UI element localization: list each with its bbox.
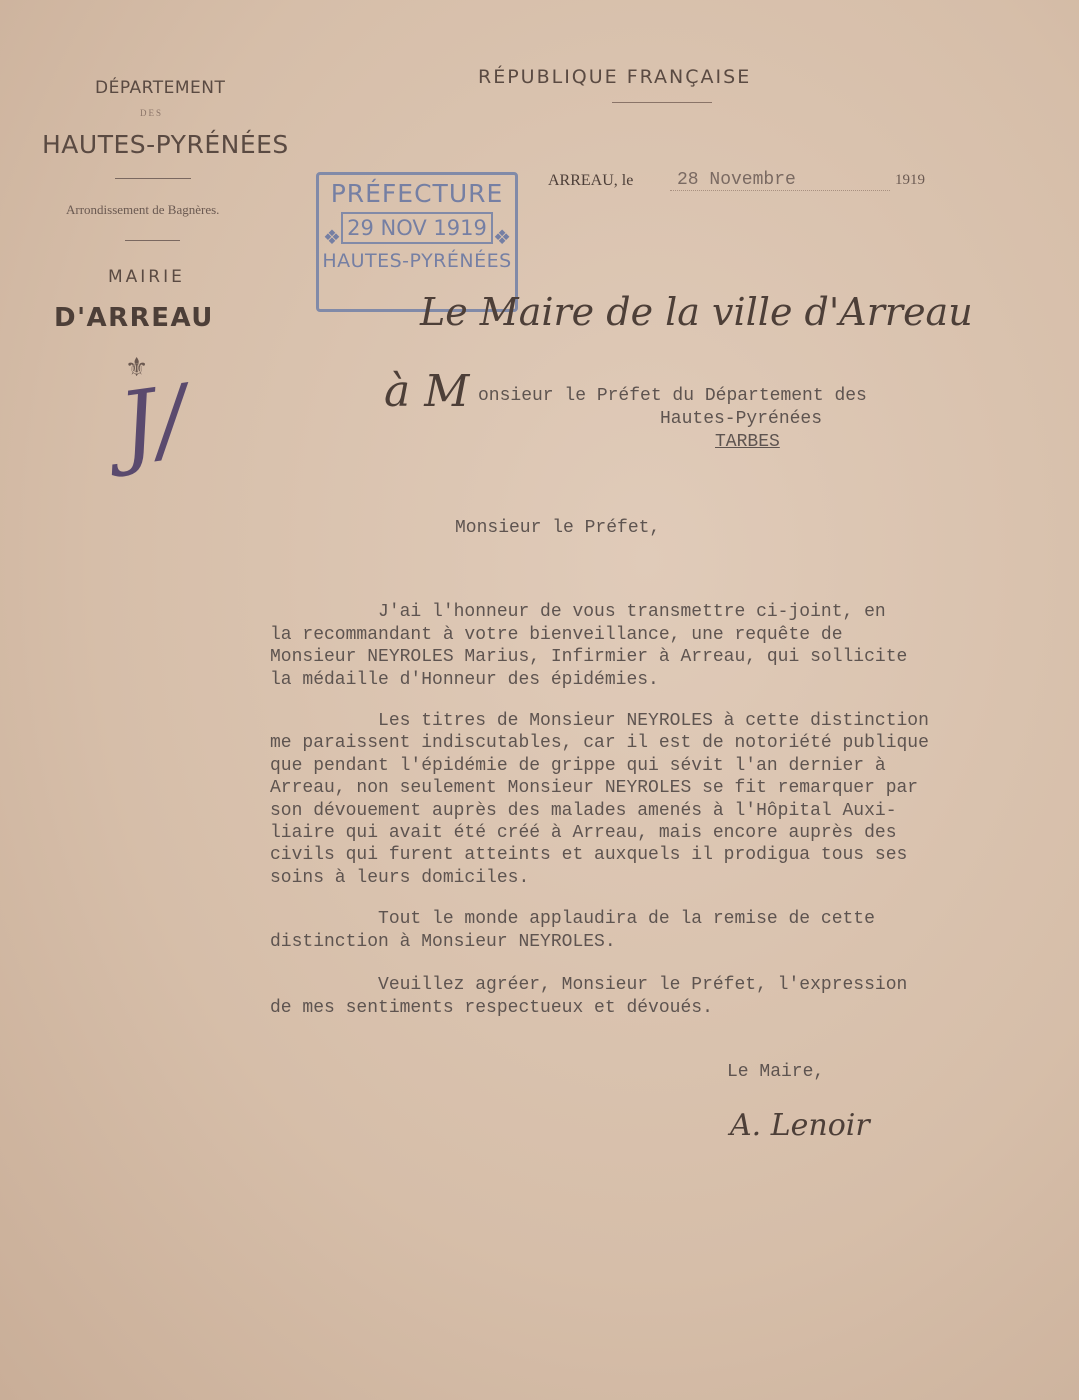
- ornament-divider: [612, 102, 712, 103]
- department-name: HAUTES-PYRÉNÉES: [42, 130, 289, 159]
- recipient-line2: Hautes-Pyrénées: [660, 409, 822, 429]
- ornament-divider: [115, 178, 191, 179]
- letter-date: 28 Novembre: [677, 170, 796, 190]
- town-name: D'ARREAU: [54, 303, 214, 333]
- date-line: [670, 190, 890, 191]
- republic-heading: RÉPUBLIQUE FRANÇAISE: [478, 66, 751, 88]
- recipient-line1: onsieur le Préfet du Département des: [478, 386, 867, 406]
- ornament-divider: [125, 240, 180, 241]
- paragraph-4: Veuillez agréer, Monsieur le Préfet, l'e…: [270, 974, 907, 1019]
- arrondissement: Arrondissement de Bagnères.: [66, 202, 219, 218]
- diamond-ornament-icon: ❖: [493, 225, 511, 249]
- salutation: Monsieur le Préfet,: [455, 518, 660, 538]
- paragraph-2: Les titres de Monsieur NEYROLES à cette …: [270, 710, 929, 889]
- recipient-city: TARBES: [715, 432, 780, 452]
- department-label: DÉPARTEMENT: [95, 78, 225, 98]
- des-label: DES: [140, 108, 163, 118]
- place-label: ARREAU, le: [548, 172, 633, 190]
- paragraph-1: J'ai l'honneur de vous transmettre ci-jo…: [270, 601, 907, 691]
- margin-annotation: J/: [113, 366, 193, 479]
- diamond-ornament-icon: ❖: [323, 225, 341, 249]
- closing-title: Le Maire,: [727, 1062, 824, 1082]
- paragraph-3: Tout le monde applaudira de la remise de…: [270, 908, 875, 953]
- stamp-prefecture: PRÉFECTURE: [319, 179, 515, 208]
- stamp-department: HAUTES-PYRÉNÉES: [319, 250, 515, 272]
- signature: A. Lenoir: [730, 1108, 870, 1143]
- mairie-label: MAIRIE: [108, 267, 185, 287]
- letter-year: 1919: [895, 172, 925, 189]
- recipient-prefix: à M: [384, 366, 469, 417]
- sender-title: Le Maire de la ville d'Arreau: [420, 290, 973, 334]
- stamp-date: 29 NOV 1919: [341, 212, 493, 244]
